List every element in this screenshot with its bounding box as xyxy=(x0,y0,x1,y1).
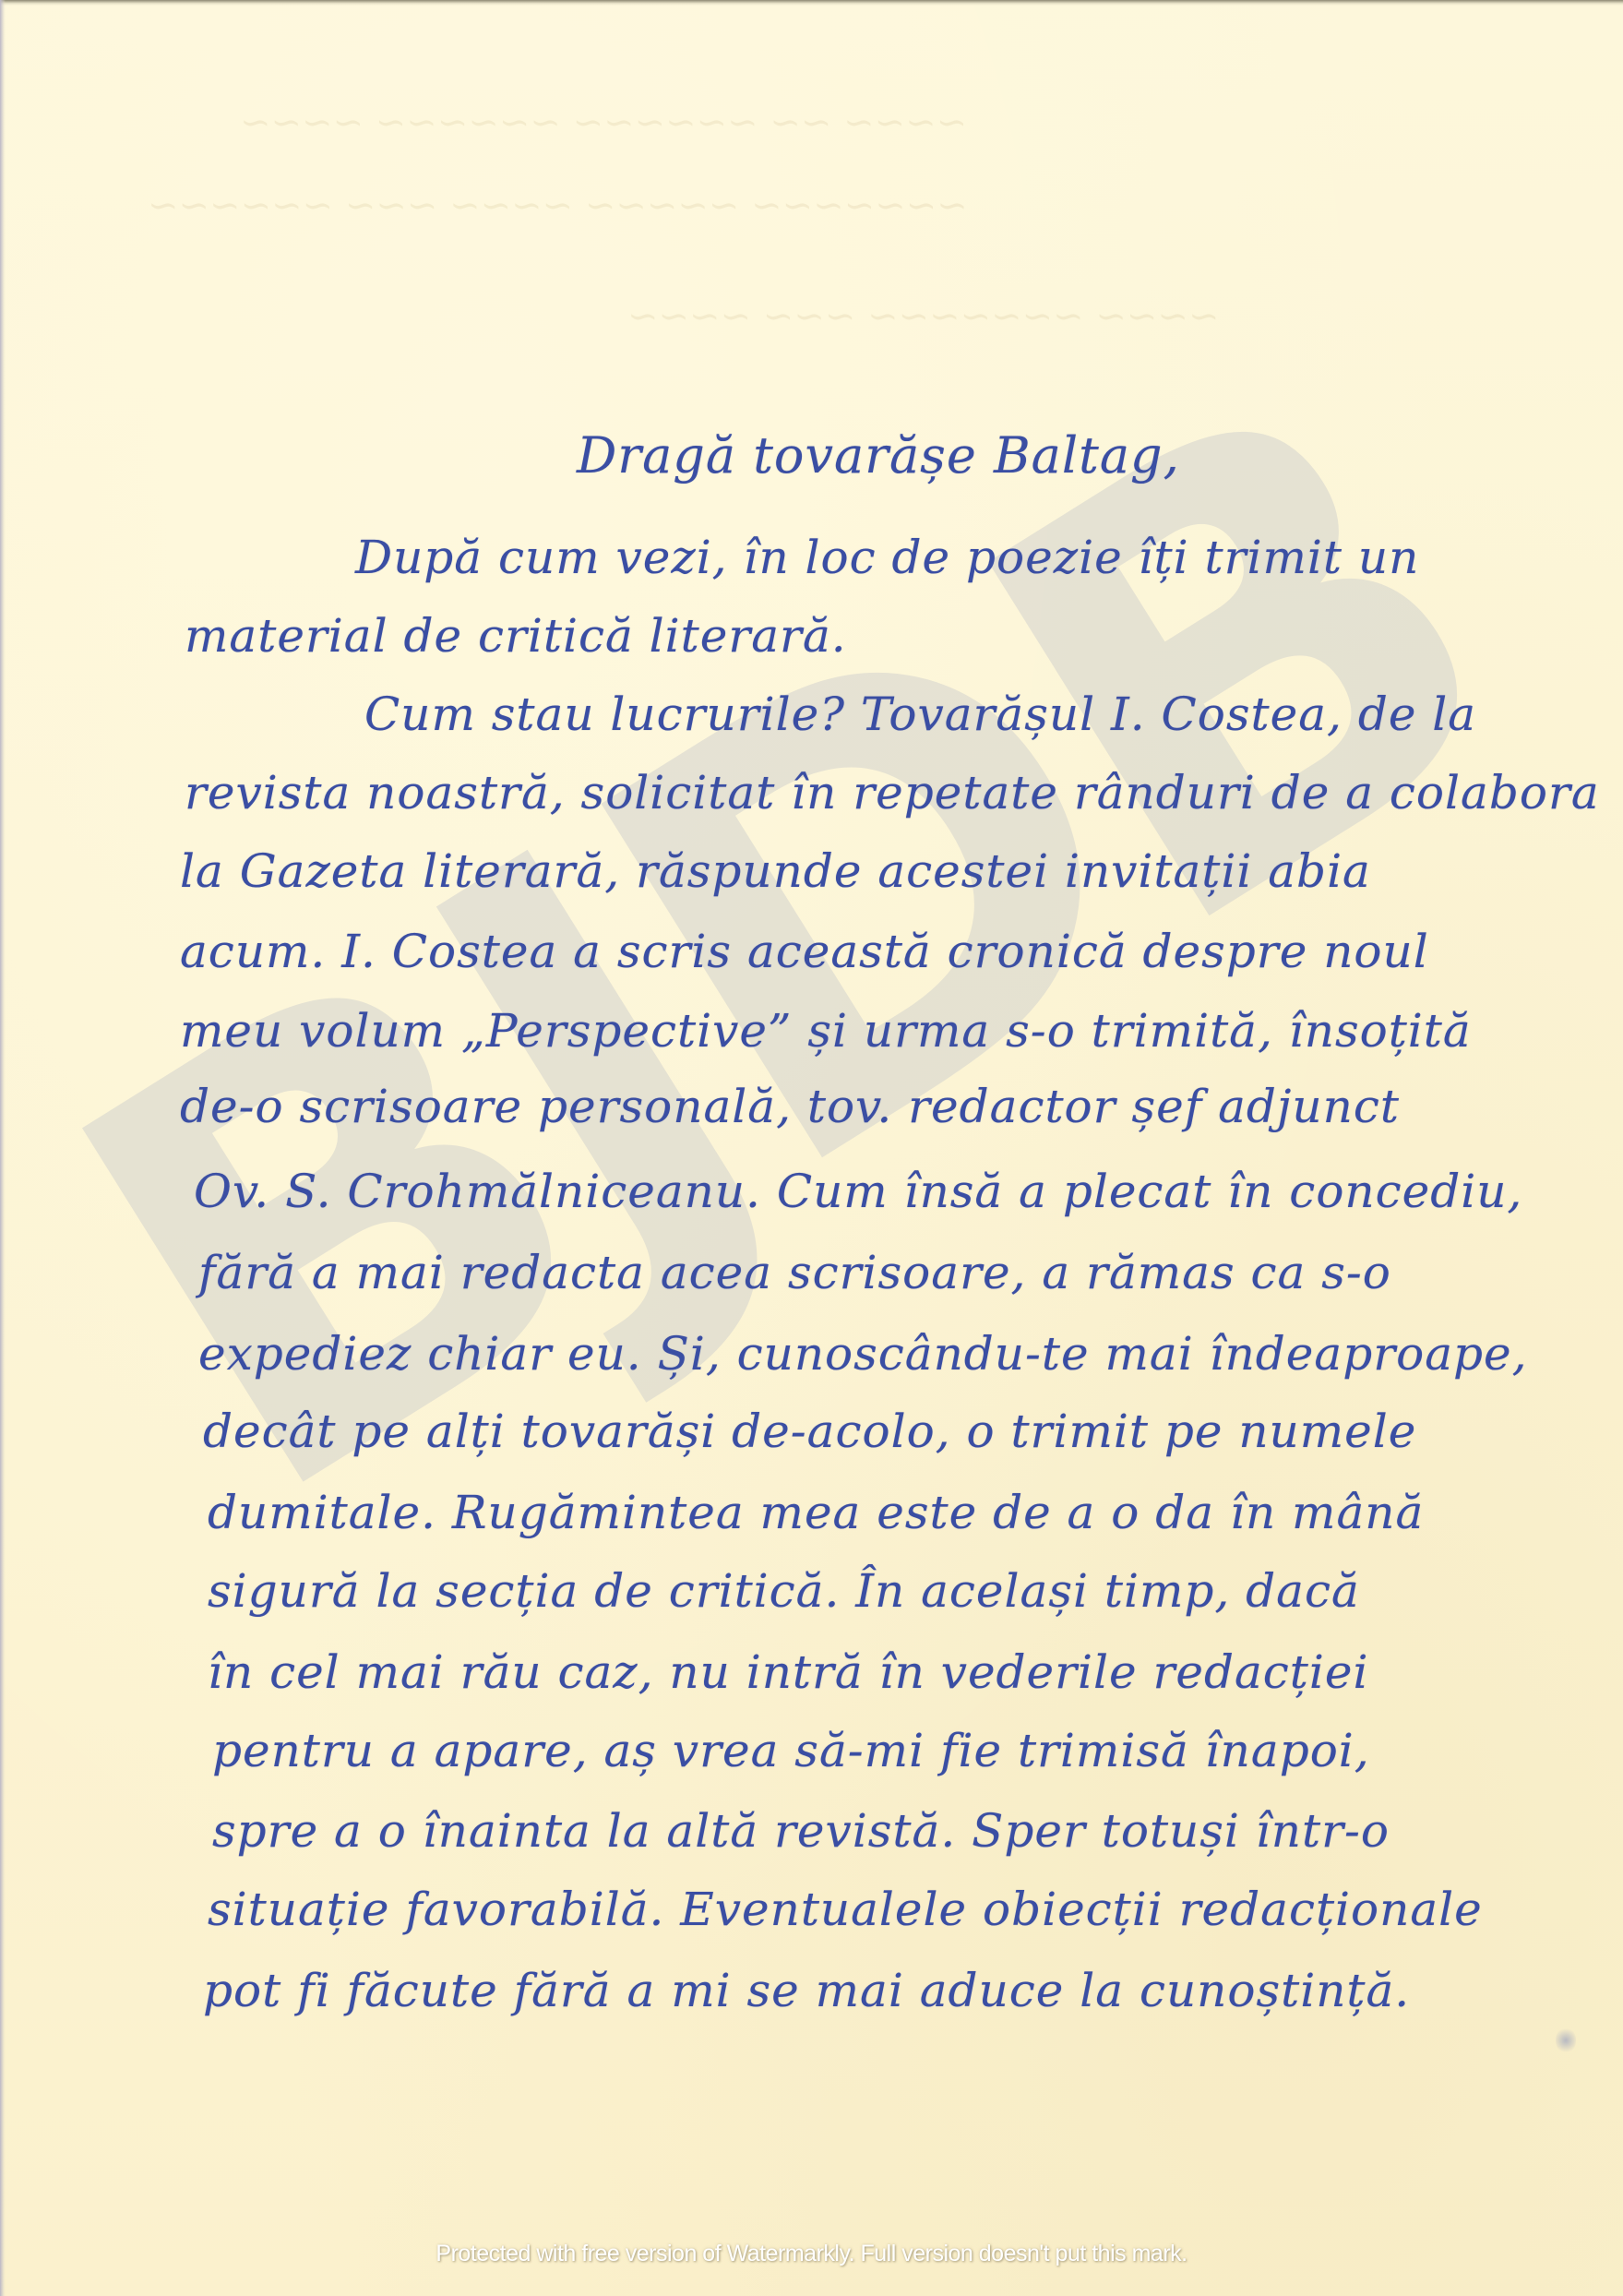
letter-line: material de critică literară. xyxy=(185,609,847,663)
letter-line: situație favorabilă. Eventualele obiecți… xyxy=(208,1883,1483,1936)
ink-blot xyxy=(1556,2027,1576,2054)
letter-line: meu volum „Perspective” și urma s-o trim… xyxy=(180,1004,1472,1058)
letter-line: pot fi făcute fără a mi se mai aduce la … xyxy=(203,1964,1410,2017)
letter-line: Ov. S. Crohmălniceanu. Cum însă a plecat… xyxy=(194,1165,1522,1218)
letter-line: spre a o înainta la altă revistă. Sper t… xyxy=(212,1804,1390,1858)
letter-line: expediez chiar eu. Și, cunoscându-te mai… xyxy=(198,1327,1528,1381)
letter-greeting: Dragă tovarășe Baltag, xyxy=(577,426,1180,484)
letter-line: sigură la secția de critică. În același … xyxy=(208,1564,1360,1618)
watermarkly-notice: Protected with free version of Watermark… xyxy=(0,2241,1623,2267)
letter-line: decât pe alți tovarăși de-acolo, o trimi… xyxy=(203,1405,1416,1458)
letter-line: revista noastră, solicitat în repetate r… xyxy=(185,766,1600,819)
letter-line: dumitale. Rugămintea mea este de a o da … xyxy=(208,1486,1424,1539)
letter-line: fără a mai redacta acea scrisoare, a răm… xyxy=(198,1246,1391,1299)
letter-line: la Gazeta literară, răspunde acestei inv… xyxy=(180,844,1371,898)
letter-line: pentru a apare, aș vrea să-mi fie trimis… xyxy=(212,1724,1370,1777)
letter-line: în cel mai rău caz, nu intră în vederile… xyxy=(208,1645,1368,1699)
letter-line: Cum stau lucrurile? Tovarășul I. Costea,… xyxy=(364,688,1476,741)
letter-line: După cum vezi, în loc de poezie îți trim… xyxy=(355,531,1419,584)
letter-line: acum. I. Costea a scris această cronică … xyxy=(180,925,1429,978)
letter-body: Dragă tovarășe Baltag, După cum vezi, în… xyxy=(0,0,1623,2296)
letter-line: de-o scrisoare personală, tov. redactor … xyxy=(180,1080,1400,1133)
